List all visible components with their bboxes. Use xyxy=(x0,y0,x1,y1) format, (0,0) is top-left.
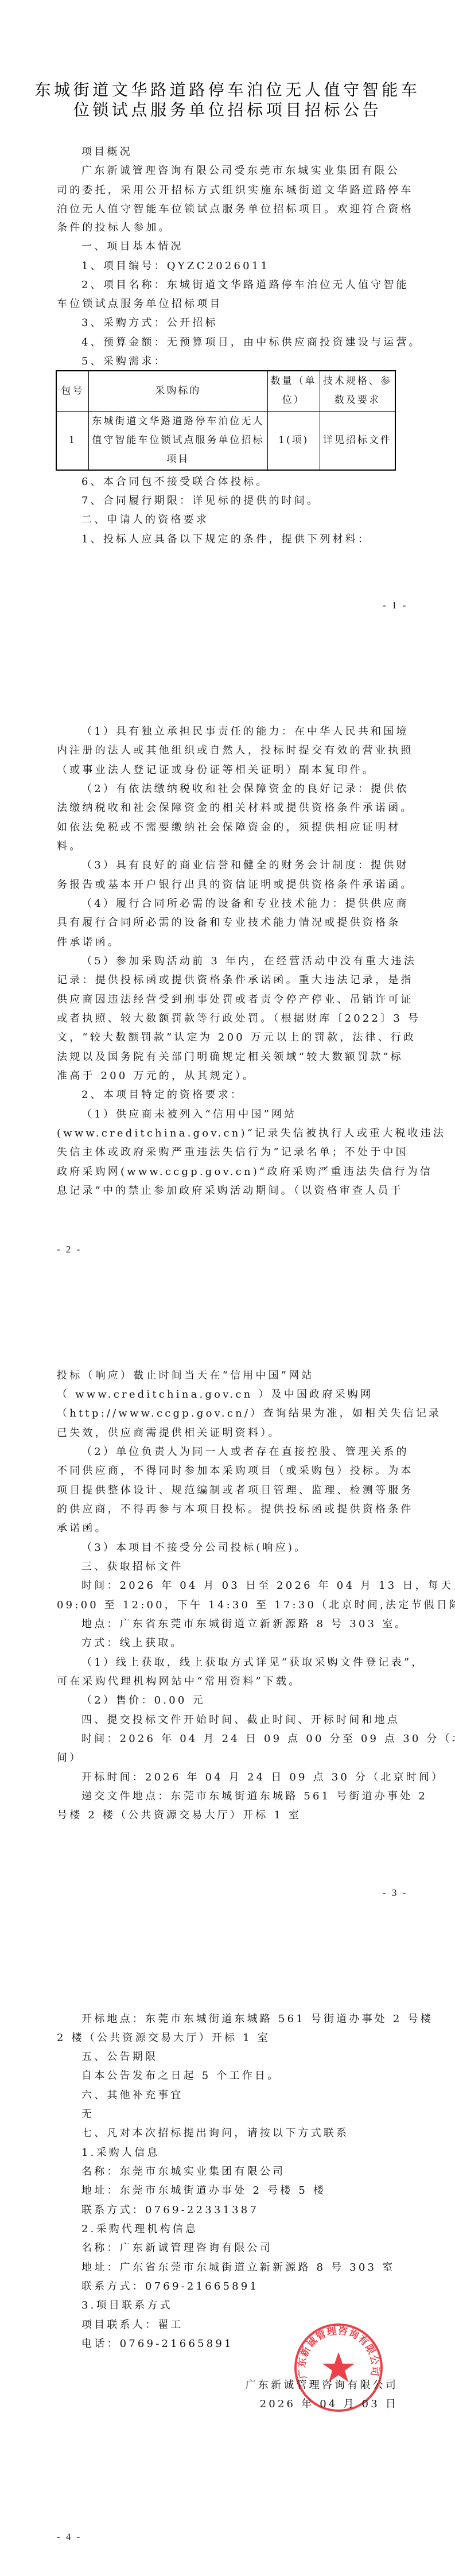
text-line: （1）线上获取，线上获取方式详见“获取采购文件登记表”， xyxy=(81,1656,424,1669)
signature-company: 广东新诚管理咨询有限公司 xyxy=(246,2377,398,2392)
text-line: 开标时间：2026 年 04 月 24 日 09 点 30 分（北京时间） xyxy=(81,1771,444,1784)
text-line: （ www.creditchina.gov.cn ）及中国政府采购网 xyxy=(57,1388,373,1401)
text-line: （1）具有独立承担民事责任的能力：在中华人民共和国境 xyxy=(81,726,409,738)
text-line: 二、申请人的资格要求 xyxy=(81,514,209,526)
text-line: 一、项目基本情况 xyxy=(81,240,184,253)
text-line: 三、获取招标文件 xyxy=(81,1561,184,1573)
page-number: - 3 - xyxy=(383,1887,407,1899)
text-line: （1）供应商未被列入“信用中国”网站 xyxy=(81,1108,297,1121)
text-line: 不同供应商，不得同时参加本采购项目（或采购包）投标。为本 xyxy=(57,1465,414,1477)
text-line: 名称：东莞市东城实业集团有限公司 xyxy=(81,2166,285,2178)
page-number: - 1 - xyxy=(383,600,407,611)
text-line: 或者执照、较大数额罚款等行政处罚。（根据财库〔2022〕3 号 xyxy=(57,1012,421,1025)
text-line: 记录：提供投标函或提供资格条件承诺函。重大违法记录，是指 xyxy=(57,974,414,987)
text-line: 递交文件地点：东莞市东城街道东城路 561 号街道办事处 2 xyxy=(81,1790,427,1803)
text-line: 1、投标人应具备以下规定的条件，提供下列材料： xyxy=(81,533,371,546)
text-line: 失信主体或政府采购严重违法失信行为”记录名单；不处于中国 xyxy=(57,1146,409,1159)
text-line: 法缴纳税收和社会保障资金的相关材料或提供资格条件承诺函。 xyxy=(57,802,414,814)
text-line: 四、提交投标文件开始时间、截止时间、开标时间和地点 xyxy=(81,1714,400,1727)
table-row: 1 东城街道文华路道路停车泊位无人值守智能车位锁试点服务单位招标项目 1(项) … xyxy=(56,411,395,470)
text-line: 无 xyxy=(81,2108,94,2121)
page-number: - 2 - xyxy=(57,1244,81,1255)
text-line: 1、项目编号：QYZC2026011 xyxy=(81,260,270,273)
text-line: 供应商因违法经营受到刑事处罚或者责令停产停业、吊销许可证 xyxy=(57,994,414,1006)
text-line: 文，“较大数额罚款”认定为 200 万元以上的罚款，法律、行政 xyxy=(57,1031,416,1044)
table-header-specs: 技术规格、参数及要求 xyxy=(320,371,395,411)
document-title-line-2: 位锁试点服务单位招标项目招标公告 xyxy=(0,100,455,120)
text-line: 电话：0769-21665891 xyxy=(81,2338,234,2350)
text-line: 2、项目名称：东城街道文华路道路停车泊位无人值守智能 xyxy=(81,279,409,292)
text-line: 承诺函。 xyxy=(57,1522,108,1535)
text-line: 投标（响应）截止时间当天在“信用中国”网站 xyxy=(57,1370,314,1382)
text-line: 联系方式：0769-22331387 xyxy=(81,2204,259,2217)
text-line: （5）参加采购活动前 3 年内，在经营活动中没有重大违法 xyxy=(81,955,417,968)
svg-text:广东新诚管理咨询有限公司: 广东新诚管理咨询有限公司 xyxy=(295,2325,380,2380)
text-line: （或事业法人登记证或身份证等相关证明）副本复印件。 xyxy=(57,764,375,777)
text-line: 时间：2026 年 04 月 03 日至 2026 年 04 月 13 日，每天… xyxy=(81,1580,455,1592)
text-line: 09:00 至 12:00，下午 14:30 至 17:30（北京时间,法定节假… xyxy=(57,1599,455,1612)
table-header-row: 包号 采购标的 数量（单位） 技术规格、参数及要求 xyxy=(56,371,395,411)
text-line: 间） xyxy=(57,1752,82,1764)
text-line: （2）单位负责人为同一人或者存在直接控股、管理关系的 xyxy=(81,1446,409,1458)
text-line: 广东新诚管理咨询有限公司受东莞市东城实业集团有限公 xyxy=(81,165,400,177)
text-line: 可在采购代理机构网站中“常用资料”下载。 xyxy=(57,1675,301,1688)
text-line: 七、凡对本次招标提出询问，请按以下方式联系 xyxy=(81,2127,349,2140)
text-line: 名称：广东新诚管理咨询有限公司 xyxy=(81,2242,273,2255)
text-line: 2.采购代理机构信息 xyxy=(81,2223,198,2236)
text-line: 时间：2026 年 04 月 24 日 09 点 00 分至 09 点 30 分… xyxy=(81,1733,455,1745)
table-header-quantity: 数量（单位） xyxy=(267,371,320,411)
text-line: 7、合同履行期限：详见标的提供的时间。 xyxy=(81,495,320,507)
text-line: 1.采购人信息 xyxy=(81,2147,160,2159)
text-line: 3、采购方式：公开招标 xyxy=(81,317,218,329)
text-line: （http://www.ccgp.gov.cn/）查询结果为准，如相关失信记录 xyxy=(57,1407,441,1420)
text-line: （3）具有良好的商业信誉和健全的财务会计制度：提供财 xyxy=(81,859,409,872)
signature-date: 2026 年 04 月 03 日 xyxy=(260,2396,398,2411)
text-line: 准高于 200 万元的，从其规定）。 xyxy=(57,1070,255,1083)
text-line: 地点：广东省东莞市东城街道立新新源路 8 号 303 室。 xyxy=(81,1618,408,1631)
text-line: 项目提供整体设计、规范编制或者项目管理、监理、检测等服务 xyxy=(57,1484,414,1497)
text-line: 务报告或基本开户银行出具的资信证明或提供资格条件承诺函。 xyxy=(57,879,414,891)
text-line: 方式：线上获取。 xyxy=(81,1637,184,1650)
text-line: 政府采购网(www.ccgp.gov.cn)“政府采购严重违法失信行为信 xyxy=(57,1166,433,1178)
table-header-subject: 采购标的 xyxy=(89,371,268,411)
text-line: 自本公告发布之日起 5 个工作日。 xyxy=(81,2070,280,2082)
text-line: 如依法免税或不需要缴纳社会保障资金的，须提供相应证明材 xyxy=(57,821,400,834)
text-line: 3.项目联系方式 xyxy=(81,2299,173,2312)
text-line: 条件的投标人参加。 xyxy=(57,222,172,234)
text-line: 2 楼（公共资源交易大厅）开标 1 室 xyxy=(57,2032,270,2044)
text-line: 车位锁试点服务单位招标项目 xyxy=(57,298,223,311)
text-line: (www.creditchina.gov.cn)“记录失信被执行人或重大税收违法 xyxy=(57,1127,446,1140)
text-line: 4、预算金额：无预算项目，由中标供应商投资建设与运营。 xyxy=(81,336,422,349)
text-line: 泊位无人值守智能车位锁试点服务单位招标项目。欢迎符合资格 xyxy=(57,203,414,216)
text-line: 开标地点：东莞市东城街道东城路 561 号街道办事处 2 号楼 xyxy=(81,2013,433,2026)
text-line: 司的委托，采用公开招标方式组织实施东城街道文华路道路停车 xyxy=(57,184,414,197)
text-line: 法规以及国务院有关部门明确规定相关领域“较大数额罚款”标 xyxy=(57,1051,403,1064)
text-line: 项目概况 xyxy=(81,146,133,158)
table-cell-specs: 详见招标文件 xyxy=(320,411,395,470)
text-line: 料。 xyxy=(57,840,82,853)
text-line: 六、其他补充事宜 xyxy=(81,2089,184,2102)
text-line: 项目联系人：翟工 xyxy=(81,2319,184,2331)
table-cell-subject: 东城街道文华路道路停车泊位无人值守智能车位锁试点服务单位招标项目 xyxy=(89,411,268,470)
text-line: 地址：东莞市东城街道办事处 2 号楼 5 楼 xyxy=(81,2185,326,2197)
text-line: （2）有依法缴纳税收和社会保障资金的良好记录：提供依 xyxy=(81,783,409,796)
text-line: 具有履行合同所必需的设备和专业技术能力情况或提供资格条 xyxy=(57,917,400,929)
text-line: 号楼 2 楼（公共资源交易大厅）开标 1 室 xyxy=(57,1809,301,1822)
text-line: （4）履行合同所必需的设备和专业技术能力：提供供应商 xyxy=(81,898,409,910)
procurement-requirements-table: 包号 采购标的 数量（单位） 技术规格、参数及要求 1 东城街道文华路道路停车泊… xyxy=(56,370,396,471)
text-line: 5、采购需求： xyxy=(81,355,167,368)
table-header-package-no: 包号 xyxy=(56,371,89,411)
text-line: 2、本项目特定的资格要求： xyxy=(81,1089,243,1101)
text-line: 息记录”中的禁止参加政府采购活动期间。（以资格审查人员于 xyxy=(57,1185,403,1197)
text-line: 内注册的法人或其他组织或自然人，投标时提交有效的营业执照 xyxy=(57,744,414,757)
text-line: 已失效，供应商需提供相关证明资料）。 xyxy=(57,1427,281,1440)
text-line: 联系方式：0769-21665891 xyxy=(81,2280,259,2293)
table-cell-package-no: 1 xyxy=(56,411,89,470)
text-line: 6、本合同包不接受联合体投标。 xyxy=(81,476,269,488)
text-line: 地址：广东省东莞市东城街道立新新源路 8 号 303 室 xyxy=(81,2261,395,2274)
text-line: 的供应商，不得再参与本项目投标。提供投标函或提供资格条件 xyxy=(57,1503,414,1516)
text-line: （2）售价：0.00 元 xyxy=(81,1694,205,1707)
text-line: （3）本项目不接受分公司投标(响应)。 xyxy=(81,1542,307,1554)
text-line: 五、公告期限 xyxy=(81,2051,158,2063)
table-cell-quantity: 1(项) xyxy=(267,411,320,470)
text-line: 件承诺函。 xyxy=(57,936,120,949)
page-number: - 4 - xyxy=(57,2531,81,2543)
document-title-line-1: 东城街道文华路道路停车泊位无人值守智能车 xyxy=(0,80,455,100)
